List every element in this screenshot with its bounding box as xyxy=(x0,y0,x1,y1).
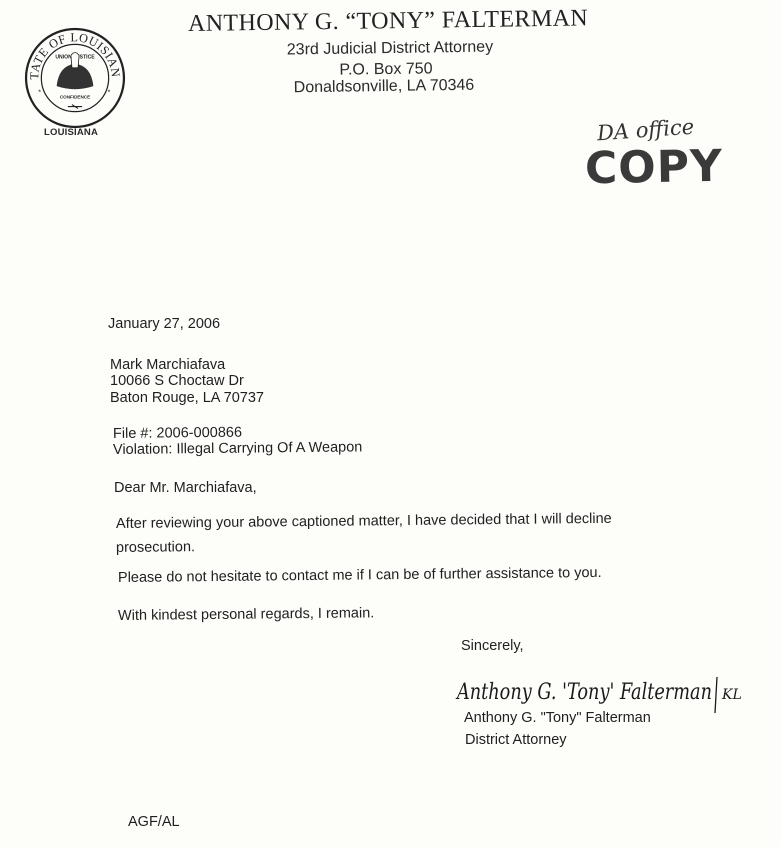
salutation: Dear Mr. Marchiafava, xyxy=(114,480,257,496)
paragraph-1-line-1: After reviewing your above captioned mat… xyxy=(116,511,612,532)
letterhead-city: Donaldsonville, LA 70346 xyxy=(234,76,534,98)
svg-text:*: * xyxy=(38,88,41,96)
seal-label: LOUISIANA xyxy=(44,127,98,138)
signer-name: Anthony G. "Tony" Falterman xyxy=(464,710,651,726)
recipient-name: Mark Marchiafava xyxy=(110,357,225,373)
violation: Violation: Illegal Carrying Of A Weapon xyxy=(113,439,362,458)
reference-initials: AGF/AL xyxy=(128,814,180,830)
recipient-street: 10066 S Choctaw Dr xyxy=(110,373,244,389)
paragraph-1-line-2: prosecution. xyxy=(116,539,195,556)
svg-text:Anthony G. 'Tony' Falterman: Anthony G. 'Tony' Falterman xyxy=(455,680,712,705)
signer-title: District Attorney xyxy=(465,732,567,748)
copy-stamp: COPY xyxy=(585,141,724,194)
recipient-city: Baton Rouge, LA 70737 xyxy=(110,390,264,406)
svg-text:*: * xyxy=(108,88,111,96)
svg-text:KL: KL xyxy=(721,687,742,703)
letterhead-name: ANTHONY G. “TONY” FALTERMAN xyxy=(188,5,588,38)
svg-text:CONFIDENCE: CONFIDENCE xyxy=(60,94,90,99)
letterhead-title: 23rd Judicial District Attorney xyxy=(240,38,540,60)
letter-date: January 27, 2006 xyxy=(108,316,220,332)
closing: Sincerely, xyxy=(461,638,524,654)
paragraph-2: Please do not hesitate to contact me if … xyxy=(118,565,602,586)
file-number: File #: 2006-000866 xyxy=(113,425,242,442)
paragraph-3: With kindest personal regards, I remain. xyxy=(118,605,374,624)
louisiana-seal-icon: STATE OF LOUISIANA * * UNION JUSTICE CON… xyxy=(24,27,126,129)
